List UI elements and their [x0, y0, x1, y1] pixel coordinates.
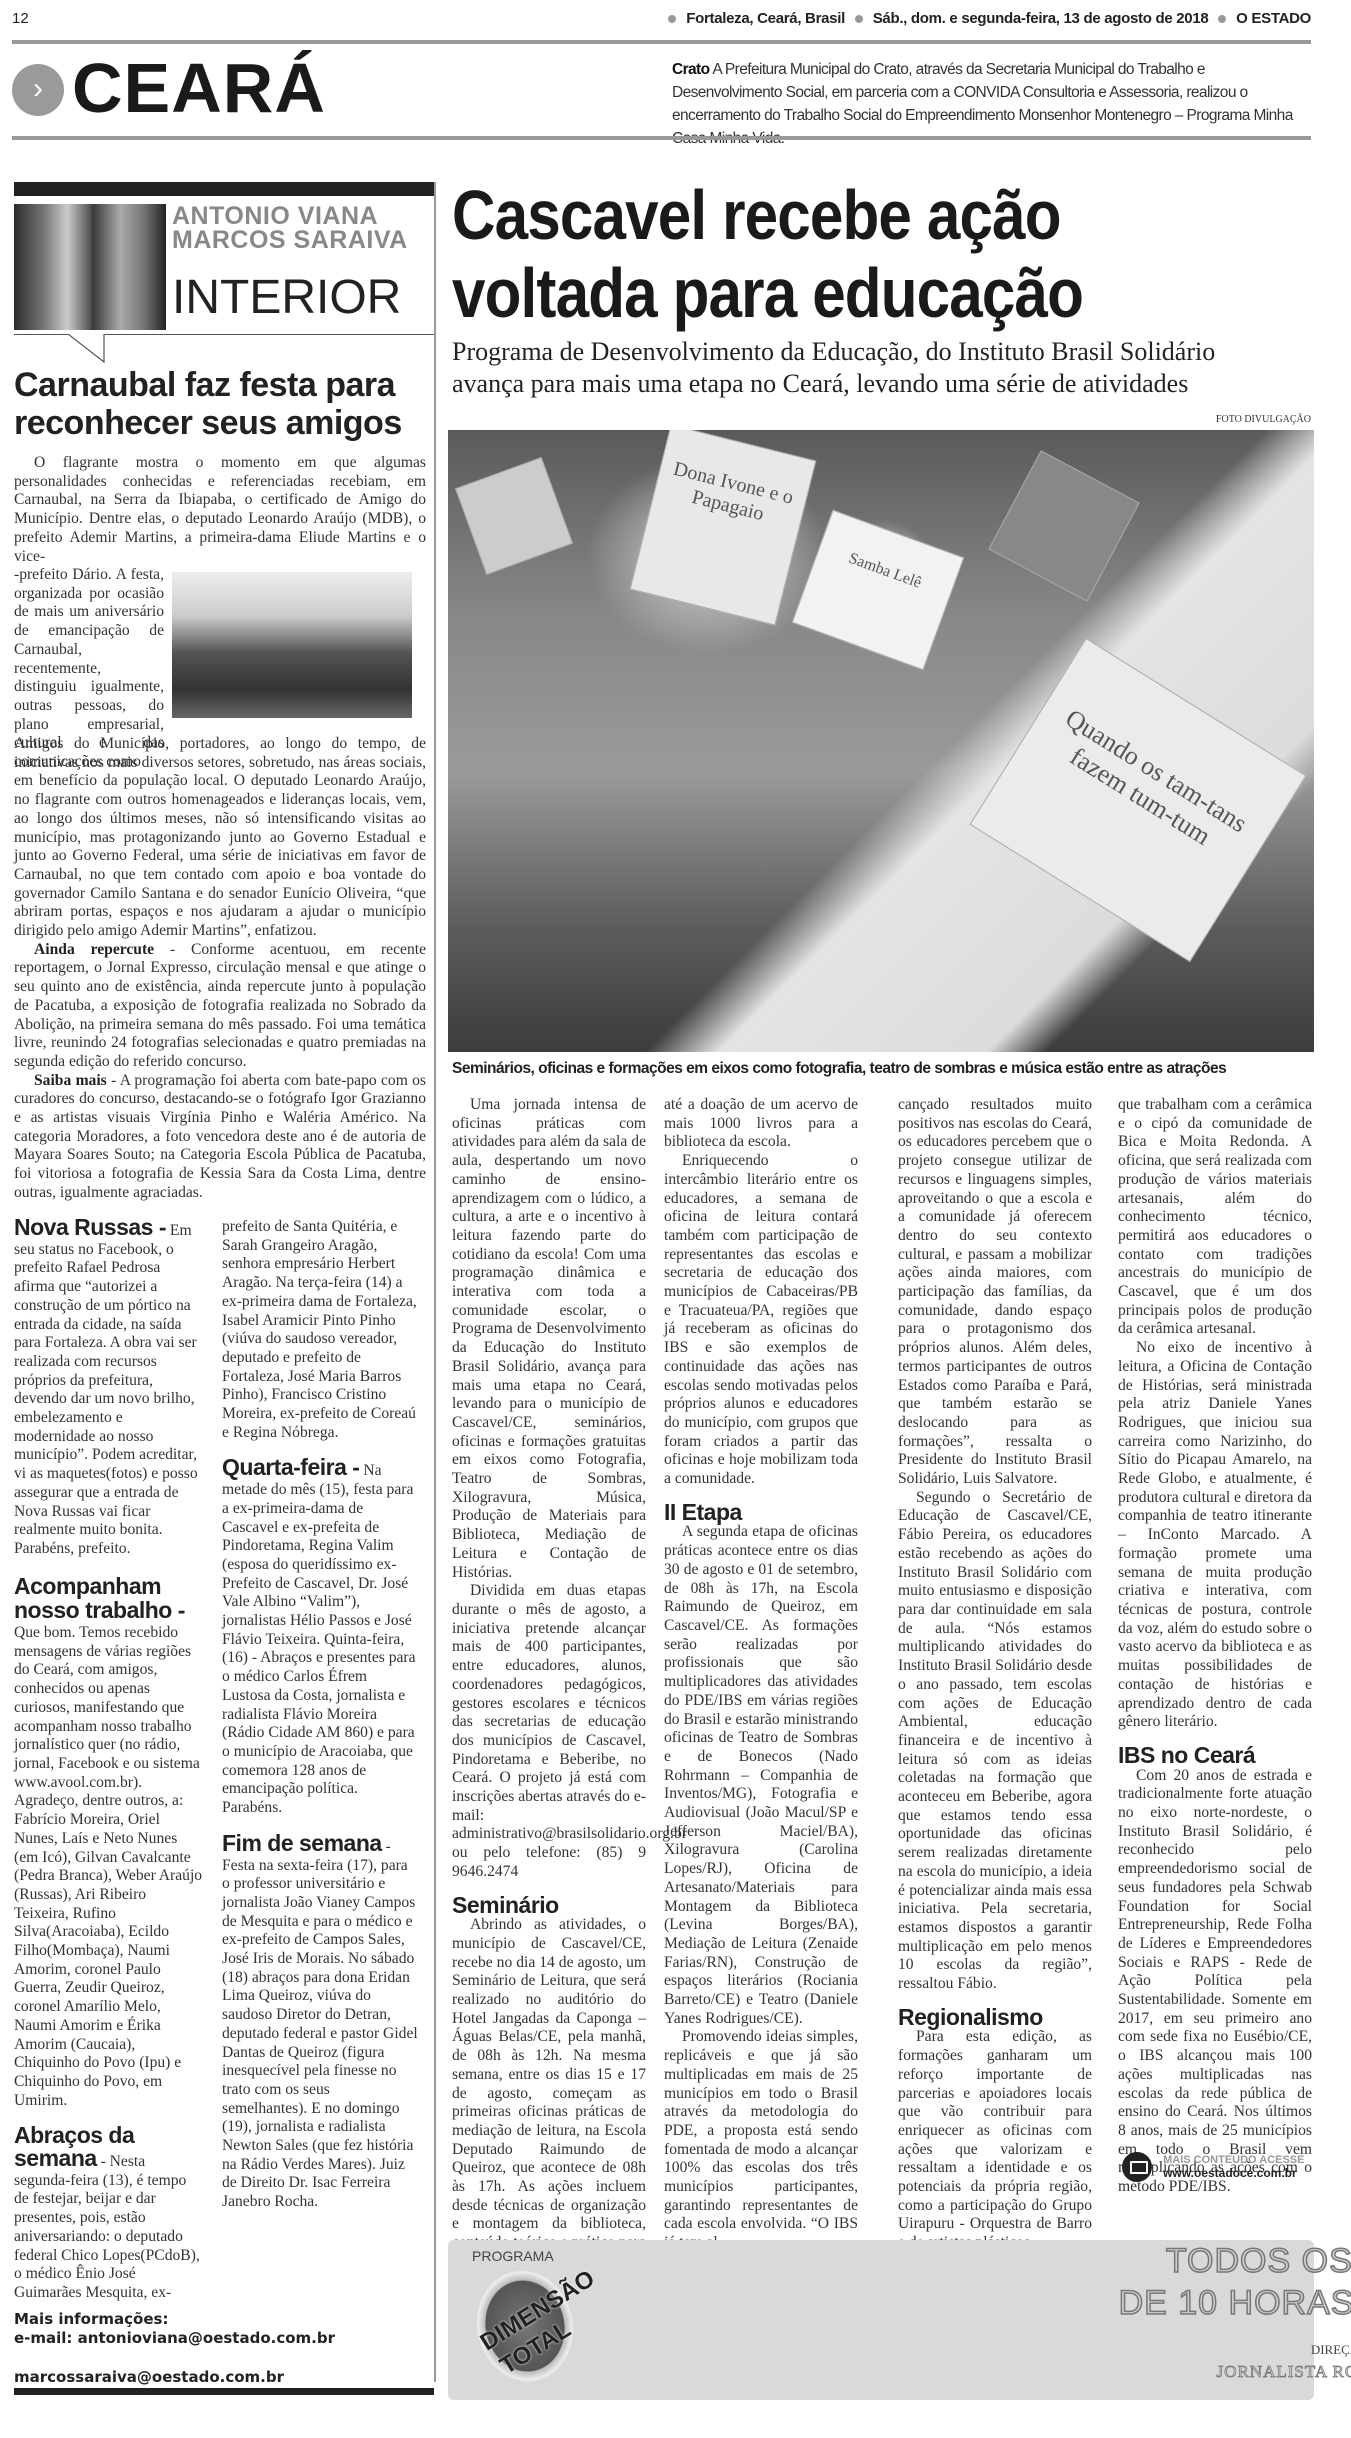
article-column-4: que trabalham com a cerâmica e o cipó da…	[1118, 1096, 1312, 2197]
author-name: ANTONIO VIANA	[172, 204, 408, 228]
bullet-icon	[1218, 15, 1226, 23]
note-heading: Quarta-feira -	[222, 1454, 359, 1480]
contact-email-link[interactable]: marcossaraiva@oestado.com.br	[14, 2368, 284, 2386]
column-bottom-bar	[14, 2388, 434, 2395]
article-column-2: até a doação de um acervo de mais 1000 l…	[664, 1096, 858, 2253]
header-rule	[12, 40, 1311, 44]
speech-tail-icon	[68, 334, 108, 364]
contact-info: Mais informações: e-mail: antonioviana@o…	[14, 2310, 335, 2348]
paragraph-lead: Saiba mais	[34, 1072, 107, 1089]
contact-label: Mais informações:	[14, 2310, 335, 2329]
newspaper-name: O ESTADO	[1236, 10, 1311, 27]
more-content-url[interactable]: www.oestadoce.com.br	[1163, 2167, 1304, 2180]
note-heading: Fim de semana	[222, 1830, 382, 1856]
book-cover: Dona Ivone e o Papagaio	[630, 430, 817, 626]
bullet-icon	[668, 15, 676, 23]
article-subheading: II Etapa	[664, 1503, 858, 1522]
note-item: Nova Russas - Em seu status no Facebook,…	[14, 1218, 204, 1559]
ad-direction-label: DIREÇÃO GERAL	[1048, 2342, 1351, 2358]
book-cover	[988, 450, 1139, 601]
article-subheadline: Programa de Desenvolvimento da Educação,…	[452, 336, 1332, 400]
book-cover	[455, 457, 573, 575]
laptop-icon	[1122, 2152, 1152, 2182]
column-authors: ANTONIO VIANA MARCOS SARAIVA	[172, 204, 408, 252]
contact-email-link[interactable]: e-mail: antonioviana@oestado.com.br	[14, 2329, 335, 2348]
article-subheading: Regionalismo	[898, 2008, 1092, 2027]
author-name: MARCOS SARAIVA	[172, 228, 408, 252]
note-item: Acompanham nosso trabalho - Que bom. Tem…	[14, 1575, 204, 2111]
brief-text: A Prefeitura Municipal do Crato, através…	[672, 61, 1293, 147]
column-intro-top: O flagrante mostra o momento em que algu…	[14, 454, 426, 566]
note-item: Abraços da semana - Nesta segunda-feira …	[14, 2126, 204, 2302]
notes-right-column: prefeito de Santa Quitéria, e Sarah Gran…	[222, 1218, 418, 2212]
authors-photo	[14, 204, 166, 330]
photo-credit: FOTO DIVULGAÇÃO	[1216, 414, 1311, 425]
book-cover: Quando os tam-tans fazem tum-tum	[969, 638, 1306, 962]
paragraph-lead: Ainda repercute	[34, 941, 154, 958]
article-column-3: cançado resultados muito positivos nas e…	[898, 1096, 1092, 2253]
dateline-location: Fortaleza, Ceará, Brasil	[686, 10, 845, 27]
column-top-bar	[14, 182, 434, 196]
book-cover: Samba Lelê	[792, 510, 965, 671]
bullet-icon	[855, 15, 863, 23]
photo-caption: Seminários, oficinas e formações em eixo…	[452, 1060, 1226, 1078]
column-body: Amigos do Município, portadores, ao long…	[14, 735, 426, 1203]
note-heading: Acompanham nosso trabalho -	[14, 1573, 185, 1624]
article-column-1: Uma jornada intensa de oficinas práticas…	[452, 1096, 646, 2290]
article-subheading: IBS no Ceará	[1118, 1746, 1312, 1765]
dateline-date: Sáb., dom. e segunda-feira, 13 de agosto…	[873, 10, 1209, 27]
note-item: prefeito de Santa Quitéria, e Sarah Gran…	[222, 1218, 418, 1442]
article-headline: Cascavel recebe ação voltada para educaç…	[452, 176, 1209, 332]
ad-headline: DE 10 HORAS AS 12 HORAS.	[1048, 2284, 1351, 2323]
article-subheading: Seminário	[452, 1896, 646, 1915]
section-title: CEARÁ	[72, 48, 326, 128]
ad-director: JORNALISTA RONALD MACHADO	[1048, 2362, 1351, 2382]
ad-headline: TODOS OS DOMINGOS	[1048, 2242, 1351, 2281]
ad-program-label: PROGRAMA	[472, 2248, 554, 2264]
chevron-right-icon: ›	[12, 64, 64, 116]
column-headline: Carnaubal faz festa para reconhecer seus…	[14, 366, 429, 442]
notes-left-column: Nova Russas - Em seu status no Facebook,…	[14, 1218, 204, 2303]
party-photo	[172, 572, 412, 718]
note-item: Quarta-feira - Na metade do mês (15), fe…	[222, 1458, 418, 1817]
note-heading: Nova Russas -	[14, 1214, 166, 1240]
column-name: INTERIOR	[172, 270, 401, 325]
page-number: 12	[12, 10, 29, 27]
section-rule	[12, 136, 1311, 140]
dateline: Fortaleza, Ceará, Brasil Sáb., dom. e se…	[662, 10, 1311, 27]
note-item: Fim de semana - Festa na sexta-feira (17…	[222, 1834, 418, 2212]
more-content-link[interactable]: MAIS CONTEÚDO ACESSE www.oestadoce.com.b…	[1122, 2152, 1304, 2182]
brief-lead: Crato	[672, 61, 709, 78]
article-photo: Dona Ivone e o Papagaio Samba Lelê Quand…	[448, 430, 1314, 1052]
